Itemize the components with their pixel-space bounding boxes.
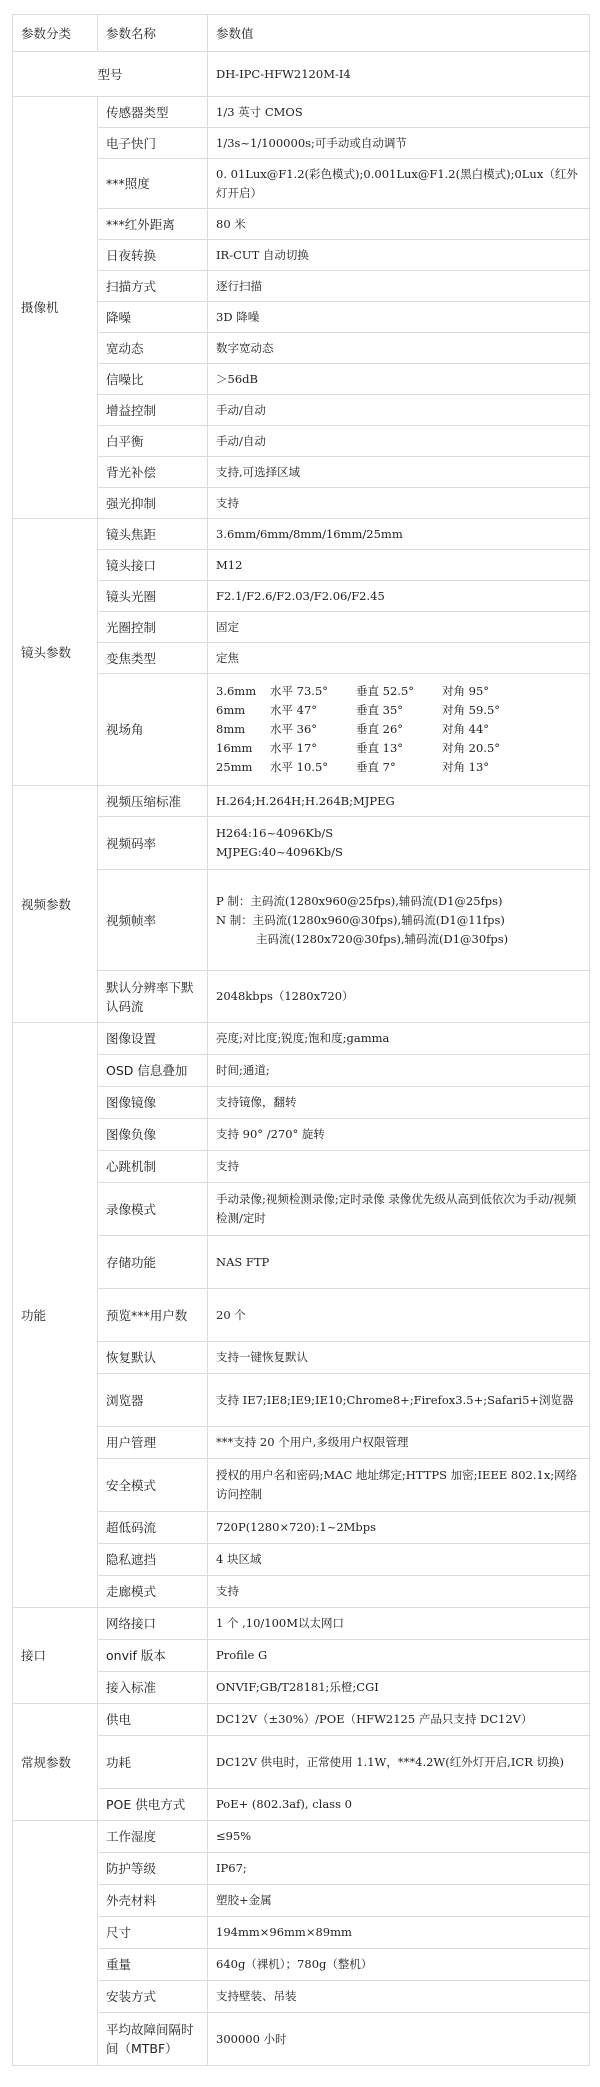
table-row: 镜头接口M12 <box>13 550 590 581</box>
param-value: 支持 <box>208 488 590 519</box>
param-value: 逐行扫描 <box>208 271 590 302</box>
fov-vertical: 垂直 52.5° <box>356 682 442 701</box>
param-name: 视频压缩标准 <box>98 786 208 817</box>
param-name: 降噪 <box>98 302 208 333</box>
param-value: 300000 小时 <box>208 2013 590 2066</box>
param-value: DC12V（±30%）/POE（HFW2125 产品只支持 DC12V） <box>208 1704 590 1736</box>
param-value: 支持 <box>208 1151 590 1183</box>
table-row: 功耗DC12V 供电时，正常使用 1.1W，***4.2W(红外灯开启,ICR … <box>13 1736 590 1789</box>
param-value: 手动/自动 <box>208 426 590 457</box>
param-name: 增益控制 <box>98 395 208 426</box>
spec-table-container: 参数分类 参数名称 参数值 型号 DH-IPC-HFW2120M-I4 摄像机 … <box>12 14 590 2066</box>
fov-value: 3.6mm水平 73.5°垂直 52.5°对角 95° 6mm水平 47°垂直 … <box>208 674 590 786</box>
fov-diagonal: 对角 59.5° <box>442 701 522 720</box>
param-value: 4 块区域 <box>208 1544 590 1576</box>
table-row: 录像模式手动录像;视频检测录像;定时录像 录像优先级从高到低依次为手动/视频检测… <box>13 1183 590 1236</box>
table-row: 镜头参数 镜头焦距 3.6mm/6mm/8mm/16mm/25mm <box>13 519 590 550</box>
value-line: 主码流(1280x720@30fps),辅码流(D1@30fps) <box>216 930 581 949</box>
param-value: 640g（裸机）；780g（整机） <box>208 1949 590 1981</box>
fov-row: 16mm水平 17°垂直 13°对角 20.5° <box>216 739 581 758</box>
param-name: 隐私遮挡 <box>98 1544 208 1576</box>
table-row: 图像负像支持 90° /270° 旋转 <box>13 1119 590 1151</box>
param-name: 存储功能 <box>98 1236 208 1289</box>
param-value: 塑胶+金属 <box>208 1885 590 1917</box>
header-name: 参数名称 <box>98 15 208 52</box>
param-value: P 制：主码流(1280x960@25fps),辅码流(D1@25fps) N … <box>208 870 590 971</box>
param-name: ***红外距离 <box>98 209 208 240</box>
param-value: IP67; <box>208 1853 590 1885</box>
table-row: 平均故障间隔时间（MTBF）300000 小时 <box>13 2013 590 2066</box>
param-name: 图像设置 <box>98 1023 208 1055</box>
param-name: 背光补偿 <box>98 457 208 488</box>
table-row: 扫描方式逐行扫描 <box>13 271 590 302</box>
fov-diagonal: 对角 95° <box>442 682 522 701</box>
param-name: 尺寸 <box>98 1917 208 1949</box>
table-row: 接入标准ONVIF;GB/T28181;乐橙;CGI <box>13 1672 590 1704</box>
param-value: 3.6mm/6mm/8mm/16mm/25mm <box>208 519 590 550</box>
table-row: 防护等级IP67; <box>13 1853 590 1885</box>
table-row: 常规参数 供电 DC12V（±30%）/POE（HFW2125 产品只支持 DC… <box>13 1704 590 1736</box>
model-value: DH-IPC-HFW2120M-I4 <box>208 52 590 97</box>
table-row: 预览***用户数20 个 <box>13 1289 590 1342</box>
fov-row: 8mm水平 36°垂直 26°对角 44° <box>216 720 581 739</box>
param-value: 亮度;对比度;锐度;饱和度;gamma <box>208 1023 590 1055</box>
category-video: 视频参数 <box>13 786 98 1023</box>
param-name: 预览***用户数 <box>98 1289 208 1342</box>
fov-horizontal: 水平 36° <box>270 720 356 739</box>
fov-focal: 3.6mm <box>216 682 270 701</box>
param-name: 光圈控制 <box>98 612 208 643</box>
fov-focal: 6mm <box>216 701 270 720</box>
fov-diagonal: 对角 13° <box>442 758 522 777</box>
param-name: 白平衡 <box>98 426 208 457</box>
table-row: 增益控制手动/自动 <box>13 395 590 426</box>
param-name: 平均故障间隔时间（MTBF） <box>98 2013 208 2066</box>
param-value: 支持镜像，翻转 <box>208 1087 590 1119</box>
param-name: 用户管理 <box>98 1427 208 1459</box>
fov-diagonal: 对角 20.5° <box>442 739 522 758</box>
fov-diagonal: 对角 44° <box>442 720 522 739</box>
table-row: 外壳材料塑胶+金属 <box>13 1885 590 1917</box>
fov-row: 3.6mm水平 73.5°垂直 52.5°对角 95° <box>216 682 581 701</box>
fov-horizontal: 水平 10.5° <box>270 758 356 777</box>
param-value: 1/3s~1/100000s;可手动或自动调节 <box>208 128 590 159</box>
table-row: 视频帧率 P 制：主码流(1280x960@25fps),辅码流(D1@25fp… <box>13 870 590 971</box>
table-row: 日夜转换IR-CUT 自动切换 <box>13 240 590 271</box>
category-physical <box>13 1821 98 2066</box>
fov-horizontal: 水平 73.5° <box>270 682 356 701</box>
fov-vertical: 垂直 7° <box>356 758 442 777</box>
param-value: 支持壁装、吊装 <box>208 1981 590 2013</box>
param-name: 变焦类型 <box>98 643 208 674</box>
table-row: 隐私遮挡4 块区域 <box>13 1544 590 1576</box>
param-value: 20 个 <box>208 1289 590 1342</box>
param-name: 图像镜像 <box>98 1087 208 1119</box>
fov-focal: 25mm <box>216 758 270 777</box>
table-row: 宽动态数字宽动态 <box>13 333 590 364</box>
table-row: 降噪3D 降噪 <box>13 302 590 333</box>
table-row: 变焦类型定焦 <box>13 643 590 674</box>
param-name: 视频帧率 <box>98 870 208 971</box>
header-row: 参数分类 参数名称 参数值 <box>13 15 590 52</box>
param-name: 传感器类型 <box>98 97 208 128</box>
fov-vertical: 垂直 35° <box>356 701 442 720</box>
param-value: 支持 90° /270° 旋转 <box>208 1119 590 1151</box>
table-row: 接口 网络接口 1 个 ,10/100M以太网口 <box>13 1608 590 1640</box>
param-value: ***支持 20 个用户,多级用户权限管理 <box>208 1427 590 1459</box>
fov-focal: 16mm <box>216 739 270 758</box>
table-row: 安全模式授权的用户名和密码;MAC 地址绑定;HTTPS 加密;IEEE 802… <box>13 1459 590 1512</box>
table-row: 用户管理***支持 20 个用户,多级用户权限管理 <box>13 1427 590 1459</box>
param-name: 镜头接口 <box>98 550 208 581</box>
param-name: POE 供电方式 <box>98 1789 208 1821</box>
param-value: 手动录像;视频检测录像;定时录像 录像优先级从高到低依次为手动/视频检测/定时 <box>208 1183 590 1236</box>
table-row: ***红外距离80 米 <box>13 209 590 240</box>
param-name: 恢复默认 <box>98 1342 208 1374</box>
param-name: 视频码率 <box>98 817 208 870</box>
param-value: 0. 01Lux@F1.2(彩色模式);0.001Lux@F1.2(黑白模式);… <box>208 159 590 209</box>
param-value: 支持 IE7;IE8;IE9;IE10;Chrome8+;Firefox3.5+… <box>208 1374 590 1427</box>
table-row: 强光抑制支持 <box>13 488 590 519</box>
table-row: 浏览器支持 IE7;IE8;IE9;IE10;Chrome8+;Firefox3… <box>13 1374 590 1427</box>
param-name: 镜头焦距 <box>98 519 208 550</box>
table-row: 存储功能NAS FTP <box>13 1236 590 1289</box>
param-value: H.264;H.264H;H.264B;MJPEG <box>208 786 590 817</box>
table-row: OSD 信息叠加时间;通道; <box>13 1055 590 1087</box>
category-functions: 功能 <box>13 1023 98 1608</box>
param-value: ONVIF;GB/T28181;乐橙;CGI <box>208 1672 590 1704</box>
param-value: 定焦 <box>208 643 590 674</box>
param-value: 1/3 英寸 CMOS <box>208 97 590 128</box>
param-name: 图像负像 <box>98 1119 208 1151</box>
param-value: NAS FTP <box>208 1236 590 1289</box>
param-value: 3D 降噪 <box>208 302 590 333</box>
fov-focal: 8mm <box>216 720 270 739</box>
param-name: 强光抑制 <box>98 488 208 519</box>
param-name: 供电 <box>98 1704 208 1736</box>
table-row: 安装方式支持壁装、吊装 <box>13 1981 590 2013</box>
param-name: 扫描方式 <box>98 271 208 302</box>
table-row: 电子快门1/3s~1/100000s;可手动或自动调节 <box>13 128 590 159</box>
category-interface: 接口 <box>13 1608 98 1704</box>
header-value: 参数值 <box>208 15 590 52</box>
table-row: 工作湿度 ≤95% <box>13 1821 590 1853</box>
table-row: 镜头光圈F2.1/F2.6/F2.03/F2.06/F2.45 <box>13 581 590 612</box>
param-name: 日夜转换 <box>98 240 208 271</box>
param-name: 功耗 <box>98 1736 208 1789</box>
table-row: 功能 图像设置 亮度;对比度;锐度;饱和度;gamma <box>13 1023 590 1055</box>
param-value: H264:16~4096Kb/S MJPEG:40~4096Kb/S <box>208 817 590 870</box>
param-value: 手动/自动 <box>208 395 590 426</box>
category-general: 常规参数 <box>13 1704 98 1821</box>
param-name: 接入标准 <box>98 1672 208 1704</box>
param-value: 80 米 <box>208 209 590 240</box>
value-line: MJPEG:40~4096Kb/S <box>216 843 581 862</box>
param-value: 720P(1280×720):1~2Mbps <box>208 1512 590 1544</box>
param-name: 防护等级 <box>98 1853 208 1885</box>
table-row: 视场角 3.6mm水平 73.5°垂直 52.5°对角 95° 6mm水平 47… <box>13 674 590 786</box>
param-name: 心跳机制 <box>98 1151 208 1183</box>
table-row: 恢复默认支持一键恢复默认 <box>13 1342 590 1374</box>
table-row: 信噪比＞56dB <box>13 364 590 395</box>
fov-vertical: 垂直 26° <box>356 720 442 739</box>
table-row: 视频参数 视频压缩标准 H.264;H.264H;H.264B;MJPEG <box>13 786 590 817</box>
param-name: 默认分辨率下默认码流 <box>98 971 208 1023</box>
table-row: 默认分辨率下默认码流 2048kbps（1280x720） <box>13 971 590 1023</box>
table-row: onvif 版本Profile G <box>13 1640 590 1672</box>
model-label: 型号 <box>13 52 208 97</box>
param-value: IR-CUT 自动切换 <box>208 240 590 271</box>
category-camera: 摄像机 <box>13 97 98 519</box>
value-line: H264:16~4096Kb/S <box>216 824 581 843</box>
param-value: F2.1/F2.6/F2.03/F2.06/F2.45 <box>208 581 590 612</box>
table-row: POE 供电方式PoE+ (802.3af), class 0 <box>13 1789 590 1821</box>
param-value: DC12V 供电时，正常使用 1.1W，***4.2W(红外灯开启,ICR 切换… <box>208 1736 590 1789</box>
param-name: 信噪比 <box>98 364 208 395</box>
model-row: 型号 DH-IPC-HFW2120M-I4 <box>13 52 590 97</box>
value-line: P 制：主码流(1280x960@25fps),辅码流(D1@25fps) <box>216 892 581 911</box>
param-name: 镜头光圈 <box>98 581 208 612</box>
param-name: 宽动态 <box>98 333 208 364</box>
fov-horizontal: 水平 17° <box>270 739 356 758</box>
param-value: ＞56dB <box>208 364 590 395</box>
param-value: 支持,可选择区域 <box>208 457 590 488</box>
param-value: 支持 <box>208 1576 590 1608</box>
table-row: 摄像机 传感器类型 1/3 英寸 CMOS <box>13 97 590 128</box>
param-name: OSD 信息叠加 <box>98 1055 208 1087</box>
param-name: ***照度 <box>98 159 208 209</box>
table-row: 尺寸194mm×96mm×89mm <box>13 1917 590 1949</box>
param-value: Profile G <box>208 1640 590 1672</box>
spec-table: 参数分类 参数名称 参数值 型号 DH-IPC-HFW2120M-I4 摄像机 … <box>12 14 590 2066</box>
param-value: 194mm×96mm×89mm <box>208 1917 590 1949</box>
param-name: 重量 <box>98 1949 208 1981</box>
param-value: 时间;通道; <box>208 1055 590 1087</box>
table-row: 白平衡手动/自动 <box>13 426 590 457</box>
category-lens: 镜头参数 <box>13 519 98 786</box>
table-row: 背光补偿支持,可选择区域 <box>13 457 590 488</box>
table-row: 心跳机制支持 <box>13 1151 590 1183</box>
param-name: 录像模式 <box>98 1183 208 1236</box>
param-name: onvif 版本 <box>98 1640 208 1672</box>
fov-vertical: 垂直 13° <box>356 739 442 758</box>
param-name: 走廊模式 <box>98 1576 208 1608</box>
param-name: 视场角 <box>98 674 208 786</box>
fov-horizontal: 水平 47° <box>270 701 356 720</box>
param-name: 安装方式 <box>98 1981 208 2013</box>
param-name: 安全模式 <box>98 1459 208 1512</box>
table-row: 图像镜像支持镜像，翻转 <box>13 1087 590 1119</box>
table-row: 超低码流720P(1280×720):1~2Mbps <box>13 1512 590 1544</box>
param-name: 电子快门 <box>98 128 208 159</box>
table-row: ***照度0. 01Lux@F1.2(彩色模式);0.001Lux@F1.2(黑… <box>13 159 590 209</box>
table-row: 光圈控制固定 <box>13 612 590 643</box>
fov-row: 6mm水平 47°垂直 35°对角 59.5° <box>216 701 581 720</box>
param-name: 外壳材料 <box>98 1885 208 1917</box>
param-value: 支持一键恢复默认 <box>208 1342 590 1374</box>
table-row: 重量640g（裸机）；780g（整机） <box>13 1949 590 1981</box>
param-value: 授权的用户名和密码;MAC 地址绑定;HTTPS 加密;IEEE 802.1x;… <box>208 1459 590 1512</box>
param-name: 工作湿度 <box>98 1821 208 1853</box>
table-row: 视频码率 H264:16~4096Kb/S MJPEG:40~4096Kb/S <box>13 817 590 870</box>
param-name: 超低码流 <box>98 1512 208 1544</box>
param-name: 网络接口 <box>98 1608 208 1640</box>
fov-row: 25mm水平 10.5°垂直 7°对角 13° <box>216 758 581 777</box>
param-value: 1 个 ,10/100M以太网口 <box>208 1608 590 1640</box>
param-value: PoE+ (802.3af), class 0 <box>208 1789 590 1821</box>
param-value: M12 <box>208 550 590 581</box>
param-value: 固定 <box>208 612 590 643</box>
table-row: 走廊模式支持 <box>13 1576 590 1608</box>
header-category: 参数分类 <box>13 15 98 52</box>
param-value: 2048kbps（1280x720） <box>208 971 590 1023</box>
param-value: ≤95% <box>208 1821 590 1853</box>
param-value: 数字宽动态 <box>208 333 590 364</box>
value-line: N 制：主码流(1280x960@30fps),辅码流(D1@11fps) <box>216 911 581 930</box>
param-name: 浏览器 <box>98 1374 208 1427</box>
